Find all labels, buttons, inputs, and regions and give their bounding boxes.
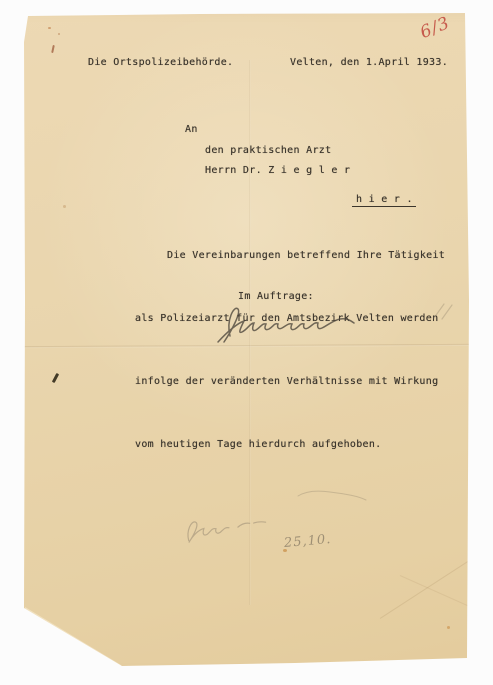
dateline: Velten, den 1.April 1933. [290, 57, 448, 68]
foxing-spot [447, 626, 450, 629]
pencil-margin-mark [430, 300, 456, 322]
pencil-scribble [177, 513, 274, 546]
body-line-3: infolge der veränderten Verhältnisse mit… [135, 371, 445, 392]
letter-paper: Die Ortspolizeibehörde. Velten, den 1.Ap… [0, 0, 493, 685]
bottom-right-crease [380, 547, 490, 619]
recipient-line-1: den praktischen Arzt [205, 145, 331, 156]
corner-fold-crease [30, 624, 123, 676]
handwritten-signature [208, 302, 358, 344]
recipient-salutation: An [185, 124, 198, 135]
pencil-number-note: 25,10. [283, 532, 331, 551]
scan-background: Die Ortspolizeibehörde. Velten, den 1.Ap… [0, 0, 493, 685]
archival-number: 6/3 [417, 13, 453, 43]
paper-nick-mark [52, 373, 59, 383]
bottom-right-crease-2 [400, 575, 483, 613]
foxing-fiber [51, 45, 55, 53]
pencil-stray-curve [296, 488, 368, 502]
closing-line: Im Auftrage: [238, 291, 314, 302]
corner-fold-highlight [25, 607, 121, 665]
foxing-spot [58, 33, 60, 35]
foxing-spot [48, 27, 51, 29]
body-line-1: Die Vereinbarungen betreffend Ihre Tätig… [135, 245, 445, 266]
recipient-line-2: Herrn Dr. Z i e g l e r [205, 165, 350, 176]
body-paragraph: Die Vereinbarungen betreffend Ihre Tätig… [135, 203, 445, 497]
sender-line: Die Ortspolizeibehörde. [88, 57, 233, 68]
foxing-spot [63, 205, 66, 208]
body-line-4: vom heutigen Tage hierdurch aufgehoben. [135, 434, 445, 455]
